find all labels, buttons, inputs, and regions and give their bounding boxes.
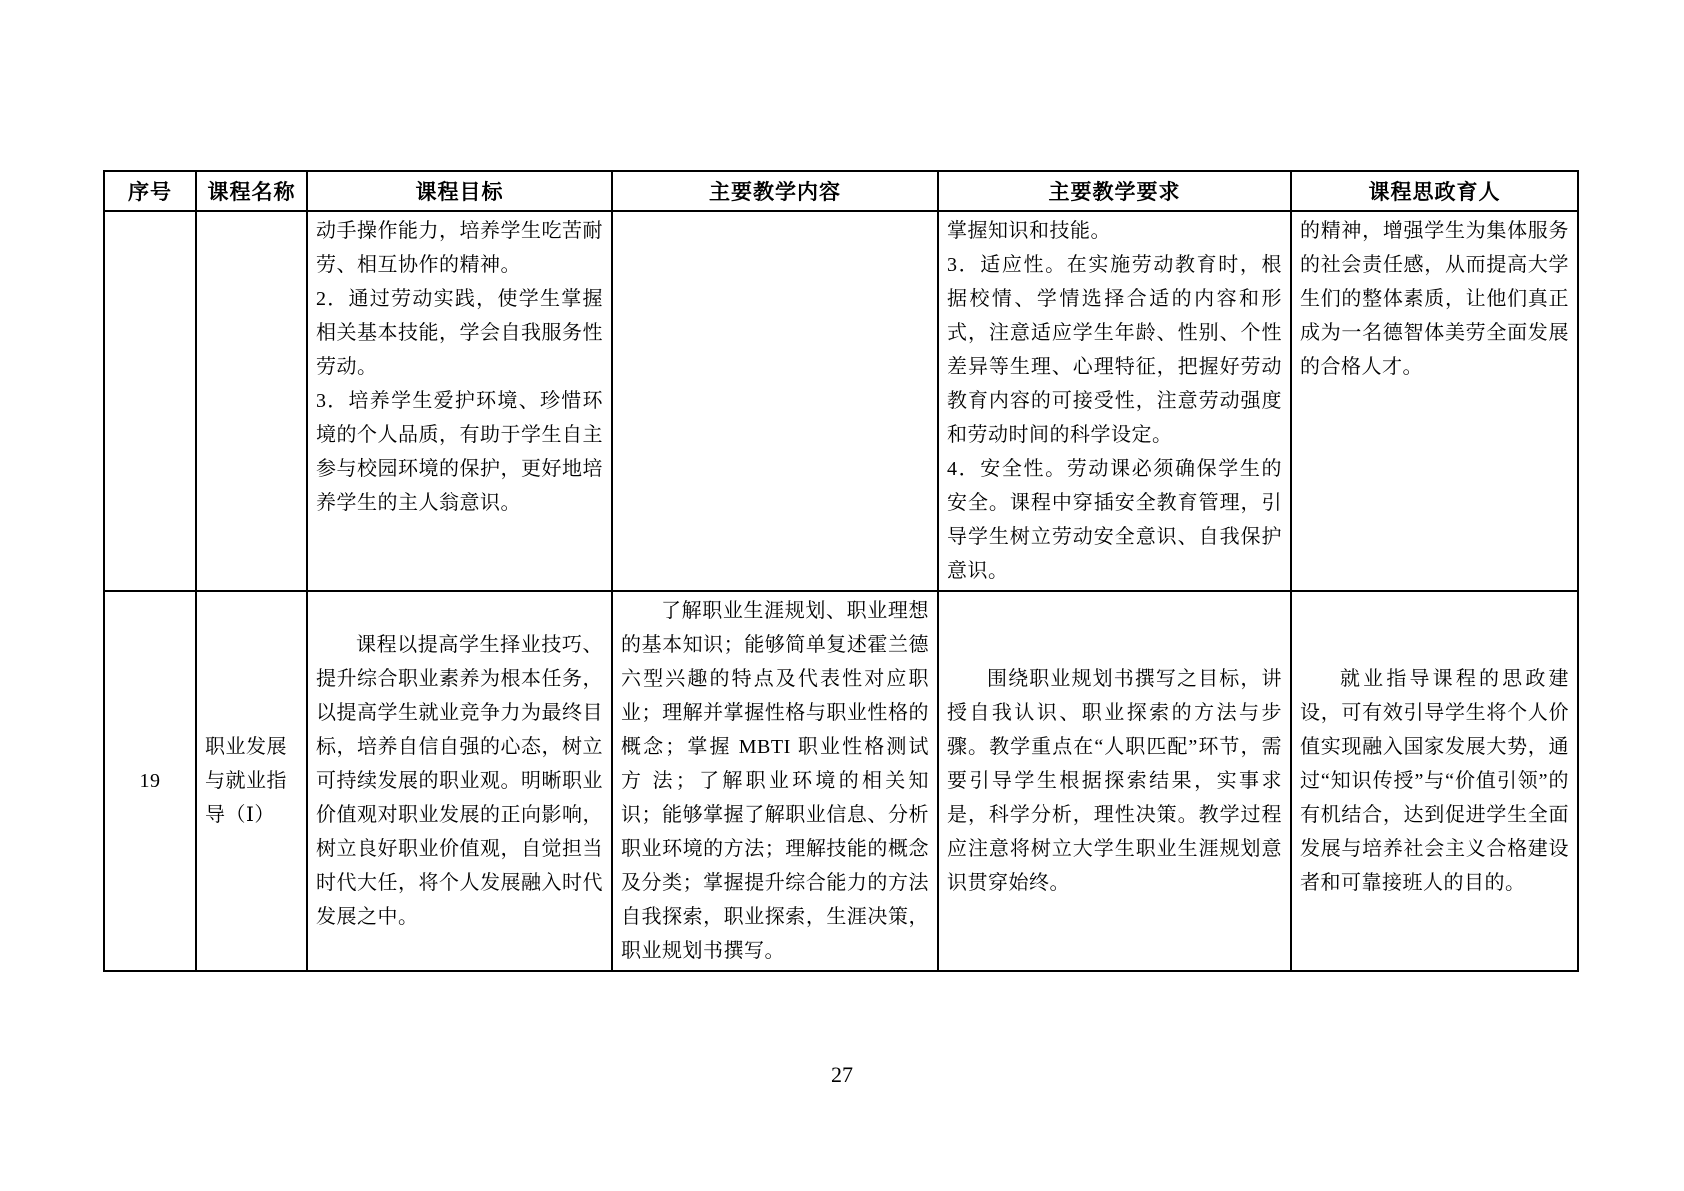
column-header-ideology: 课程思政育人 bbox=[1291, 171, 1578, 211]
cell-seq bbox=[104, 211, 196, 591]
objectives-paragraph: 动手操作能力，培养学生吃苦耐劳、相互协作的精神。 bbox=[316, 214, 603, 282]
table-row-continuation: 动手操作能力，培养学生吃苦耐劳、相互协作的精神。 2．通过劳动实践，使学生掌握相… bbox=[104, 211, 1578, 591]
cell-content-empty bbox=[612, 211, 938, 591]
page-number: 27 bbox=[0, 1060, 1684, 1090]
objectives-paragraph: 3．培养学生爱护环境、珍惜环境的个人品质，有助于学生自主参与校园环境的保护，更好… bbox=[316, 384, 603, 520]
cell-course-name bbox=[196, 211, 307, 591]
cell-objectives: 动手操作能力，培养学生吃苦耐劳、相互协作的精神。 2．通过劳动实践，使学生掌握相… bbox=[307, 211, 612, 591]
cell-requirements: 围绕职业规划书撰写之目标，讲授自我认识、职业探索的方法与步骤。教学重点在“人职匹… bbox=[938, 591, 1291, 971]
document-page: 序号 课程名称 课程目标 主要教学内容 主要教学要求 课程思政育人 动手操作能力… bbox=[0, 0, 1684, 1191]
requirements-paragraph: 掌握知识和技能。 bbox=[947, 214, 1282, 248]
cell-ideology: 的精神，增强学生为集体服务的社会责任感，从而提高大学生们的整体素质，让他们真正成… bbox=[1291, 211, 1578, 591]
column-header-course-name: 课程名称 bbox=[196, 171, 307, 211]
column-header-requirements: 主要教学要求 bbox=[938, 171, 1291, 211]
table-row-19: 19 职业发展与就业指导（Ⅰ） 课程以提高学生择业技巧、提升综合职业素养为根本任… bbox=[104, 591, 1578, 971]
requirements-paragraph: 3．适应性。在实施劳动教育时，根据校情、学情选择合适的内容和形式，注意适应学生年… bbox=[947, 248, 1282, 452]
ideology-paragraph: 的精神，增强学生为集体服务的社会责任感，从而提高大学生们的整体素质，让他们真正成… bbox=[1300, 214, 1569, 384]
table-header-row: 序号 课程名称 课程目标 主要教学内容 主要教学要求 课程思政育人 bbox=[104, 171, 1578, 211]
content-paragraph: 了解职业生涯规划、职业理想的基本知识；能够简单复述霍兰德六型兴趣的特点及代表性对… bbox=[621, 594, 929, 968]
requirements-paragraph: 围绕职业规划书撰写之目标，讲授自我认识、职业探索的方法与步骤。教学重点在“人职匹… bbox=[947, 662, 1282, 900]
column-header-objectives: 课程目标 bbox=[307, 171, 612, 211]
ideology-paragraph: 就业指导课程的思政建设，可有效引导学生将个人价值实现融入国家发展大势，通过“知识… bbox=[1300, 662, 1569, 900]
column-header-seq: 序号 bbox=[104, 171, 196, 211]
cell-content: 了解职业生涯规划、职业理想的基本知识；能够简单复述霍兰德六型兴趣的特点及代表性对… bbox=[612, 591, 938, 971]
cell-seq: 19 bbox=[104, 591, 196, 971]
cell-ideology: 就业指导课程的思政建设，可有效引导学生将个人价值实现融入国家发展大势，通过“知识… bbox=[1291, 591, 1578, 971]
requirements-paragraph: 4．安全性。劳动课必须确保学生的安全。课程中穿插安全教育管理，引导学生树立劳动安… bbox=[947, 452, 1282, 588]
objectives-paragraph: 课程以提高学生择业技巧、提升综合职业素养为根本任务，以提高学生就业竞争力为最终目… bbox=[316, 628, 603, 934]
column-header-content: 主要教学内容 bbox=[612, 171, 938, 211]
cell-requirements: 掌握知识和技能。 3．适应性。在实施劳动教育时，根据校情、学情选择合适的内容和形… bbox=[938, 211, 1291, 591]
cell-objectives: 课程以提高学生择业技巧、提升综合职业素养为根本任务，以提高学生就业竞争力为最终目… bbox=[307, 591, 612, 971]
objectives-paragraph: 2．通过劳动实践，使学生掌握相关基本技能，学会自我服务性劳动。 bbox=[316, 282, 603, 384]
course-schedule-table: 序号 课程名称 课程目标 主要教学内容 主要教学要求 课程思政育人 动手操作能力… bbox=[103, 170, 1579, 972]
cell-course-name: 职业发展与就业指导（Ⅰ） bbox=[196, 591, 307, 971]
